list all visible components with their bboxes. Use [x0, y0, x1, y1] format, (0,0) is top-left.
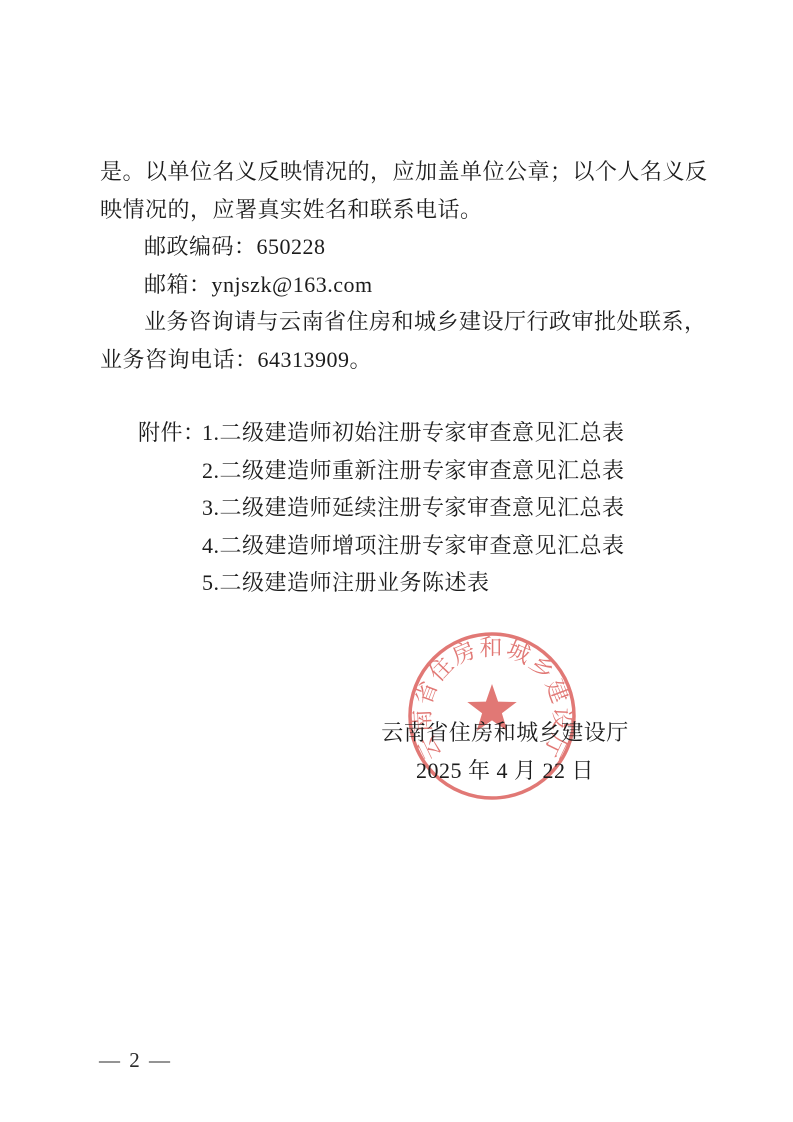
body-line-1: 是。以单位名义反映情况的，应加盖单位公章；以个人名义反 [100, 153, 700, 191]
signature-block: 云南省住房和城乡建设厅 2025 年 4 月 22 日 [360, 714, 650, 790]
signature-issuer: 云南省住房和城乡建设厅 [360, 714, 650, 752]
document-page: 是。以单位名义反映情况的，应加盖单位公章；以个人名义反 映情况的，应署真实姓名和… [0, 0, 793, 1122]
email-line: 邮箱：ynjszk@163.com [100, 266, 700, 304]
attachment-item-2: 2.二级建造师重新注册专家审查意见汇总表 [202, 452, 625, 490]
postal-code-line: 邮政编码：650228 [100, 228, 700, 266]
body-line-2: 映情况的，应署真实姓名和联系电话。 [100, 191, 700, 229]
attachments-label: 附件： [138, 414, 202, 452]
attachment-row-1: 附件： 1.二级建造师初始注册专家审查意见汇总表 [138, 414, 625, 452]
attachment-row-3: 3.二级建造师延续注册专家审查意见汇总表 [138, 489, 625, 527]
consult-line-1: 业务咨询请与云南省住房和城乡建设厅行政审批处联系， [100, 303, 700, 341]
signature-date: 2025 年 4 月 22 日 [360, 752, 650, 790]
consult-line-2: 业务咨询电话：64313909。 [100, 341, 700, 379]
attachment-item-1: 1.二级建造师初始注册专家审查意见汇总表 [202, 414, 625, 452]
attachment-item-5: 5.二级建造师注册业务陈述表 [202, 564, 490, 602]
attachment-item-3: 3.二级建造师延续注册专家审查意见汇总表 [202, 489, 625, 527]
attachment-row-2: 2.二级建造师重新注册专家审查意见汇总表 [138, 452, 625, 490]
attachment-row-4: 4.二级建造师增项注册专家审查意见汇总表 [138, 527, 625, 565]
attachments-section: 附件： 1.二级建造师初始注册专家审查意见汇总表 2.二级建造师重新注册专家审查… [138, 414, 625, 602]
page-number: — 2 — [99, 1048, 172, 1073]
body-paragraphs: 是。以单位名义反映情况的，应加盖单位公章；以个人名义反 映情况的，应署真实姓名和… [100, 153, 700, 378]
attachment-row-5: 5.二级建造师注册业务陈述表 [138, 564, 625, 602]
attachment-item-4: 4.二级建造师增项注册专家审查意见汇总表 [202, 527, 625, 565]
